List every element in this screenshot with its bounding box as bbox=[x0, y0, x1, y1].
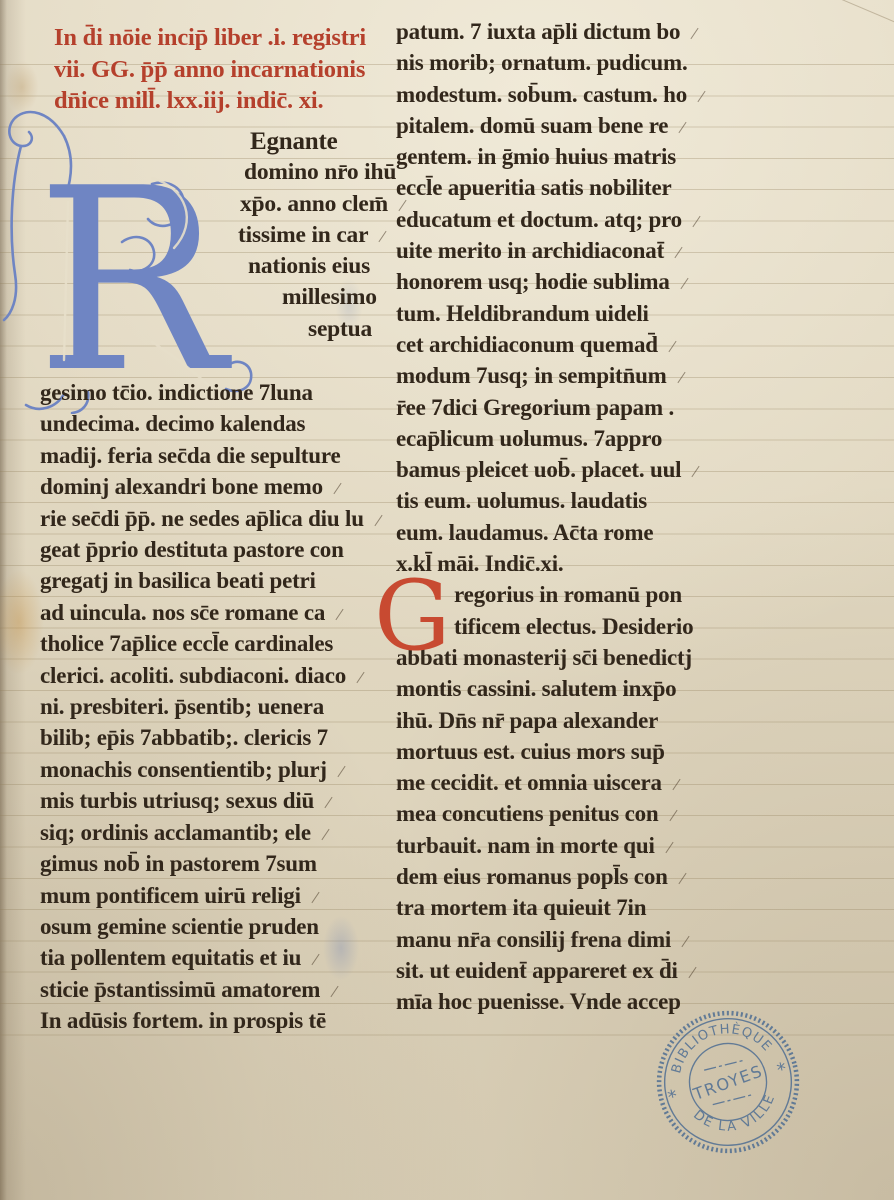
text-line: tia pollentem equitatis et iu bbox=[40, 942, 385, 973]
manuscript-page: In d̄i nōie incip̄ liber .i. registrivii… bbox=[0, 0, 894, 1200]
left-column: gesimo tc̄io. indictione 7lunaundecima. … bbox=[40, 377, 385, 1037]
stamp-star-left: * bbox=[666, 1086, 680, 1109]
text-line: septua bbox=[308, 314, 409, 345]
text-line: uite merito in archidiaconat̄ bbox=[396, 235, 708, 266]
initial-G-letter: G bbox=[374, 568, 451, 664]
text-line: eum. laudamus. Ac̄ta rome bbox=[396, 517, 708, 548]
text-line: tissime in car bbox=[238, 220, 409, 251]
text-line: educatum et doctum. atq; pro bbox=[396, 204, 708, 235]
text-line: patum. 7 iuxta ap̄li dictum bo bbox=[396, 16, 708, 47]
text-line: dominj alexandri bone memo bbox=[40, 471, 385, 502]
text-line: gesimo tc̄io. indictione 7luna bbox=[40, 377, 385, 408]
text-line: tholice 7ap̄lice eccl̄e cardinales bbox=[40, 628, 385, 659]
text-line: sticie p̄stantissimū amatorem bbox=[40, 974, 385, 1005]
text-line: geat p̄prio destituta pastore con bbox=[40, 534, 385, 565]
text-line: rie sec̄di p̄p̄. ne sedes ap̄lica diu lu bbox=[40, 503, 385, 534]
text-line: millesimo bbox=[282, 282, 409, 313]
text-line: domino nr̄o ihū bbox=[244, 157, 409, 188]
text-line: gregatj in basilica beati petri bbox=[40, 565, 385, 596]
text-line: turbauit. nam in morte qui bbox=[396, 830, 708, 861]
text-line: modum 7usq; in sempitn̄um bbox=[396, 360, 708, 391]
text-line: monachis consentientib; plurj bbox=[40, 754, 385, 785]
rubric-line: vii. GG. p̄p̄ anno incarnationis bbox=[54, 54, 366, 86]
text-line: madij. feria sec̄da die sepulture bbox=[40, 440, 385, 471]
text-line: Egnante bbox=[250, 126, 409, 157]
text-line: pitalem. domū suam bene re bbox=[396, 110, 708, 141]
text-line: mortuus est. cuius mors sup̄ bbox=[396, 736, 708, 767]
rubric-line: In d̄i nōie incip̄ liber .i. registri bbox=[54, 22, 366, 54]
text-line: mīa hoc puenisse. Vnde accep bbox=[396, 986, 708, 1017]
text-line: ad uincula. nos sc̄e romane ca bbox=[40, 597, 385, 628]
illuminated-initial-R: R bbox=[2, 92, 264, 414]
right-column: patum. 7 iuxta ap̄li dictum bonis morib;… bbox=[396, 16, 708, 1018]
text-line: xp̄o. anno clem̄ bbox=[240, 189, 409, 220]
opening-lines: Egnantedomino nr̄o ihūxp̄o. anno clem̄ti… bbox=[238, 126, 409, 345]
text-line: clerici. acoliti. subdiaconi. diaco bbox=[40, 660, 385, 691]
text-line: r̄ee 7dici Gregorium papam . bbox=[396, 392, 708, 423]
text-line: montis cassini. salutem inxp̄o bbox=[396, 673, 708, 704]
text-line: bilib; ep̄is 7abbatib;. clericis 7 bbox=[40, 722, 385, 753]
text-line: manu nr̄a consilij frena dimi bbox=[396, 924, 708, 955]
stamp-center-text: TROYES bbox=[690, 1061, 766, 1104]
text-line: In adūsis fortem. in prospis tē bbox=[40, 1005, 385, 1036]
text-line: nationis eius bbox=[248, 251, 409, 282]
text-line: mis turbis utriusq; sexus diū bbox=[40, 785, 385, 816]
text-line: tum. Heldibrandum uideli bbox=[396, 298, 708, 329]
text-line: ihū. Dn̄s nr̄ papa alexander bbox=[396, 705, 708, 736]
text-line: mum pontificem uirū religi bbox=[40, 880, 385, 911]
text-line: nis morib; ornatum. pudicum. bbox=[396, 47, 708, 78]
text-line: me cecidit. et omnia uiscera bbox=[396, 767, 708, 798]
text-line: mea concutiens penitus con bbox=[396, 798, 708, 829]
stamp-dash-bottom bbox=[713, 1095, 752, 1105]
text-line: osum gemine scientie pruden bbox=[40, 911, 385, 942]
text-line: gimus nob̄ in pastorem 7sum bbox=[40, 848, 385, 879]
text-line: siq; ordinis acclamantib; ele bbox=[40, 817, 385, 848]
text-line: sit. ut euident̄ appareret ex d̄i bbox=[396, 955, 708, 986]
text-line: cet archidiaconum quemad̄ bbox=[396, 329, 708, 360]
text-line: dem eius romanus popl̄s con bbox=[396, 861, 708, 892]
text-line: honorem usq; hodie sublima bbox=[396, 266, 708, 297]
text-line: ni. presbiteri. p̄sentib; uenera bbox=[40, 691, 385, 722]
text-line: gentem. in ḡmio huius matris bbox=[396, 141, 708, 172]
text-line: undecima. decimo kalendas bbox=[40, 408, 385, 439]
text-line: bamus pleicet uob̄. placet. uul bbox=[396, 454, 708, 485]
stamp-star-right: * bbox=[775, 1059, 789, 1082]
text-line: modestum. sob̄um. castum. ho bbox=[396, 79, 708, 110]
text-line: tis eum. uolumus. laudatis bbox=[396, 485, 708, 516]
text-line: tra mortem ita quieuit 7in bbox=[396, 892, 708, 923]
text-line: ecap̄licum uolumus. 7appro bbox=[396, 423, 708, 454]
text-line: eccl̄e apueritia satis nobiliter bbox=[396, 172, 708, 203]
